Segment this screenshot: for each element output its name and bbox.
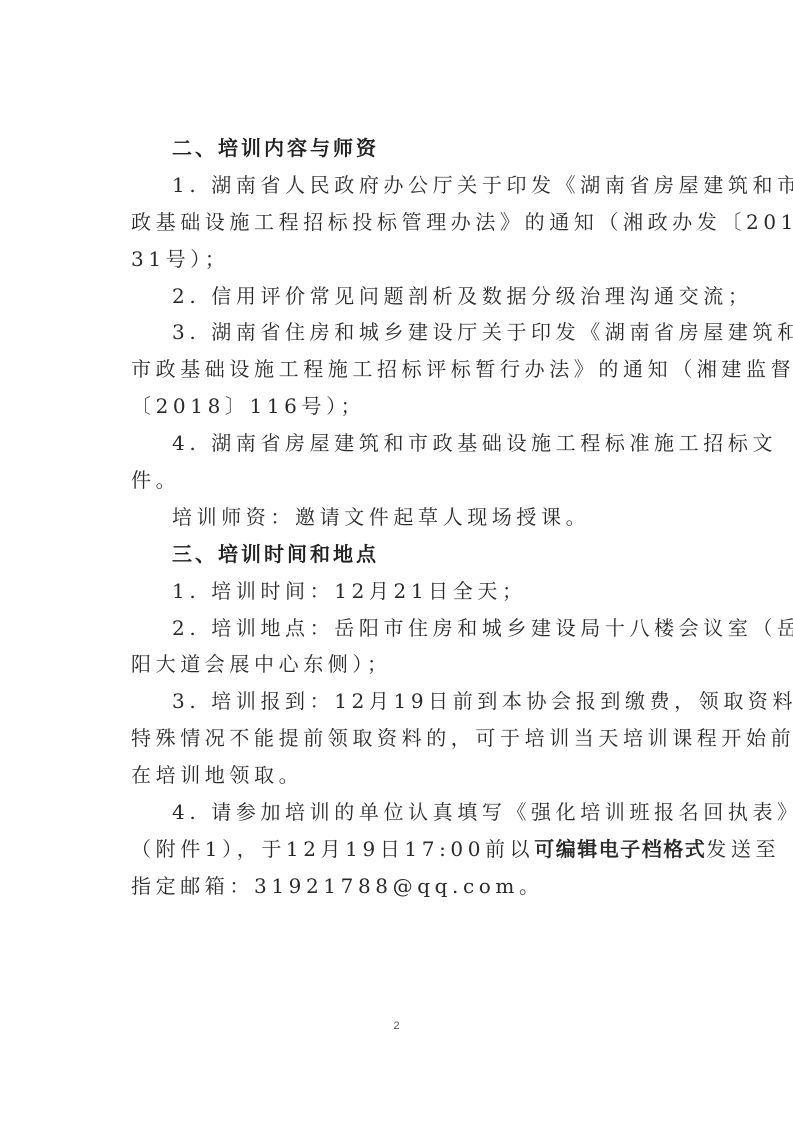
section-3-item-4-email-line: 指定邮箱：31921788@qq.com。 (131, 868, 693, 905)
section-2-item-2: 2. 信用评价常见问题剖析及数据分级治理沟通交流； (131, 278, 693, 315)
section-2-item-4-line-2: 件。 (131, 462, 693, 499)
section-3-item-4-line-1: 4. 请参加培训的单位认真填写《强化培训班报名回执表》 (131, 794, 693, 831)
section-3-item-4-line-2: （附件1），于12月19日17:00前以可编辑电子档格式发送至 (131, 831, 693, 868)
section-2-item-1-line-3: 31号）； (131, 241, 693, 278)
section-2-item-3-line-2: 市政基础设施工程施工招标评标暂行办法》的通知（湘建监督 (131, 351, 693, 388)
section-3-item-2-line-2: 阳大道会展中心东侧）； (131, 646, 693, 683)
line-2-after: 发送至 (706, 837, 780, 861)
instructors-note: 培训师资：邀请文件起草人现场授课。 (131, 499, 693, 536)
section-2-item-3-line-1: 3. 湖南省住房和城乡建设厅关于印发《湖南省房屋建筑和 (131, 314, 693, 351)
section-2-item-1-line-2: 政基础设施工程招标投标管理办法》的通知（湘政办发〔2019〕 (131, 204, 693, 241)
section-3-item-3-line-1: 3. 培训报到：12月19日前到本协会报到缴费，领取资料， (131, 683, 693, 720)
section-2-item-4-line-1: 4. 湖南省房屋建筑和市政基础设施工程标准施工招标文 (131, 425, 693, 462)
section-2-item-3-line-3: 〔2018〕116号）； (131, 388, 693, 425)
page-number: 2 (0, 1020, 793, 1032)
section-3-item-3-line-3: 在培训地领取。 (131, 757, 693, 794)
section-3-item-2-line-1: 2. 培训地点：岳阳市住房和城乡建设局十八楼会议室（岳 (131, 610, 693, 647)
section-3-item-1: 1. 培训时间：12月21日全天； (131, 573, 693, 610)
section-3-heading: 三、培训时间和地点 (131, 536, 693, 573)
section-2-item-1-line-1: 1. 湖南省人民政府办公厅关于印发《湖南省房屋建筑和市 (131, 167, 693, 204)
section-3-item-3-line-2: 特殊情况不能提前领取资料的，可于培训当天培训课程开始前 (131, 720, 693, 757)
document-page: 二、培训内容与师资 1. 湖南省人民政府办公厅关于印发《湖南省房屋建筑和市 政基… (131, 130, 693, 905)
line-2-before: （附件1），于12月19日17:00前以 (131, 837, 534, 861)
editable-format-emphasis: 可编辑电子档格式 (534, 837, 706, 861)
section-2-heading: 二、培训内容与师资 (131, 130, 693, 167)
